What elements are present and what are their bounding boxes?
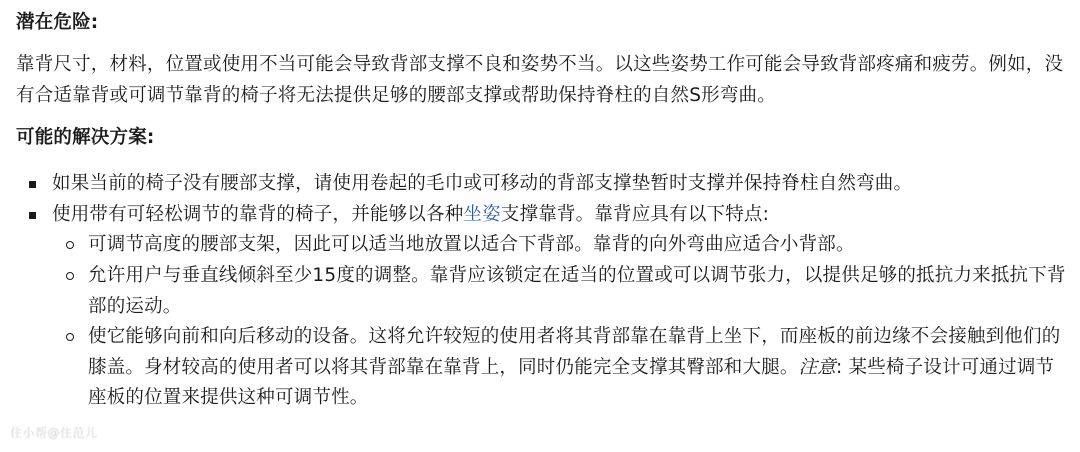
circle-bullet-icon bbox=[66, 333, 74, 341]
feature-item-text: 可调节高度的腰部支架，因此可以适当地放置以适合下背部。靠背的向外弯曲应适合小背部… bbox=[88, 234, 855, 255]
hazards-paragraph: 靠背尺寸，材料，位置或使用不当可能会导致背部支撑不良和姿势不当。以这些姿势工作可… bbox=[16, 50, 1066, 111]
feature-item-text: 允许用户与垂直线倾斜至少15度的调整。靠背应该锁定在适当的位置或可以调节张力，以… bbox=[88, 265, 1066, 317]
note-label: 注意 bbox=[799, 357, 836, 378]
solutions-heading: 可能的解决方案: bbox=[16, 123, 1066, 153]
solution-item: 如果当前的椅子没有腰部支撑，请使用卷起的毛巾或可移动的背部支撑垫暂时支撑并保持脊… bbox=[16, 169, 1066, 200]
solutions-list: 如果当前的椅子没有腰部支撑，请使用卷起的毛巾或可移动的背部支撑垫暂时支撑并保持脊… bbox=[16, 169, 1066, 414]
hazards-heading: 潜在危险: bbox=[16, 8, 1066, 38]
watermark: 住小帮@住范儿 bbox=[10, 424, 98, 441]
feature-item: 使它能够向前和向后移动的设备。这将允许较短的使用者将其背部靠在靠背上坐下，而座板… bbox=[52, 322, 1066, 414]
circle-bullet-icon bbox=[66, 272, 74, 280]
sitting-posture-link[interactable]: 坐姿 bbox=[463, 204, 500, 225]
circle-bullet-icon bbox=[66, 241, 74, 249]
solution-item-text-before-link: 使用带有可轻松调节的靠背的椅子，并能够以各种 bbox=[52, 204, 463, 225]
feature-item: 可调节高度的腰部支架，因此可以适当地放置以适合下背部。靠背的向外弯曲应适合小背部… bbox=[52, 230, 1066, 261]
square-bullet-icon bbox=[29, 181, 36, 188]
feature-item: 允许用户与垂直线倾斜至少15度的调整。靠背应该锁定在适当的位置或可以调节张力，以… bbox=[52, 261, 1066, 322]
article-content: 潜在危险: 靠背尺寸，材料，位置或使用不当可能会导致背部支撑不良和姿势不当。以这… bbox=[16, 8, 1066, 414]
solution-item-text: 如果当前的椅子没有腰部支撑，请使用卷起的毛巾或可移动的背部支撑垫暂时支撑并保持脊… bbox=[52, 173, 912, 194]
solution-item-text-after-link: 支撑靠背。靠背应具有以下特点: bbox=[501, 204, 769, 225]
backrest-features-list: 可调节高度的腰部支架，因此可以适当地放置以适合下背部。靠背的向外弯曲应适合小背部… bbox=[52, 230, 1066, 414]
square-bullet-icon bbox=[29, 212, 36, 219]
solution-item: 使用带有可轻松调节的靠背的椅子，并能够以各种坐姿支撑靠背。靠背应具有以下特点: … bbox=[16, 200, 1066, 414]
